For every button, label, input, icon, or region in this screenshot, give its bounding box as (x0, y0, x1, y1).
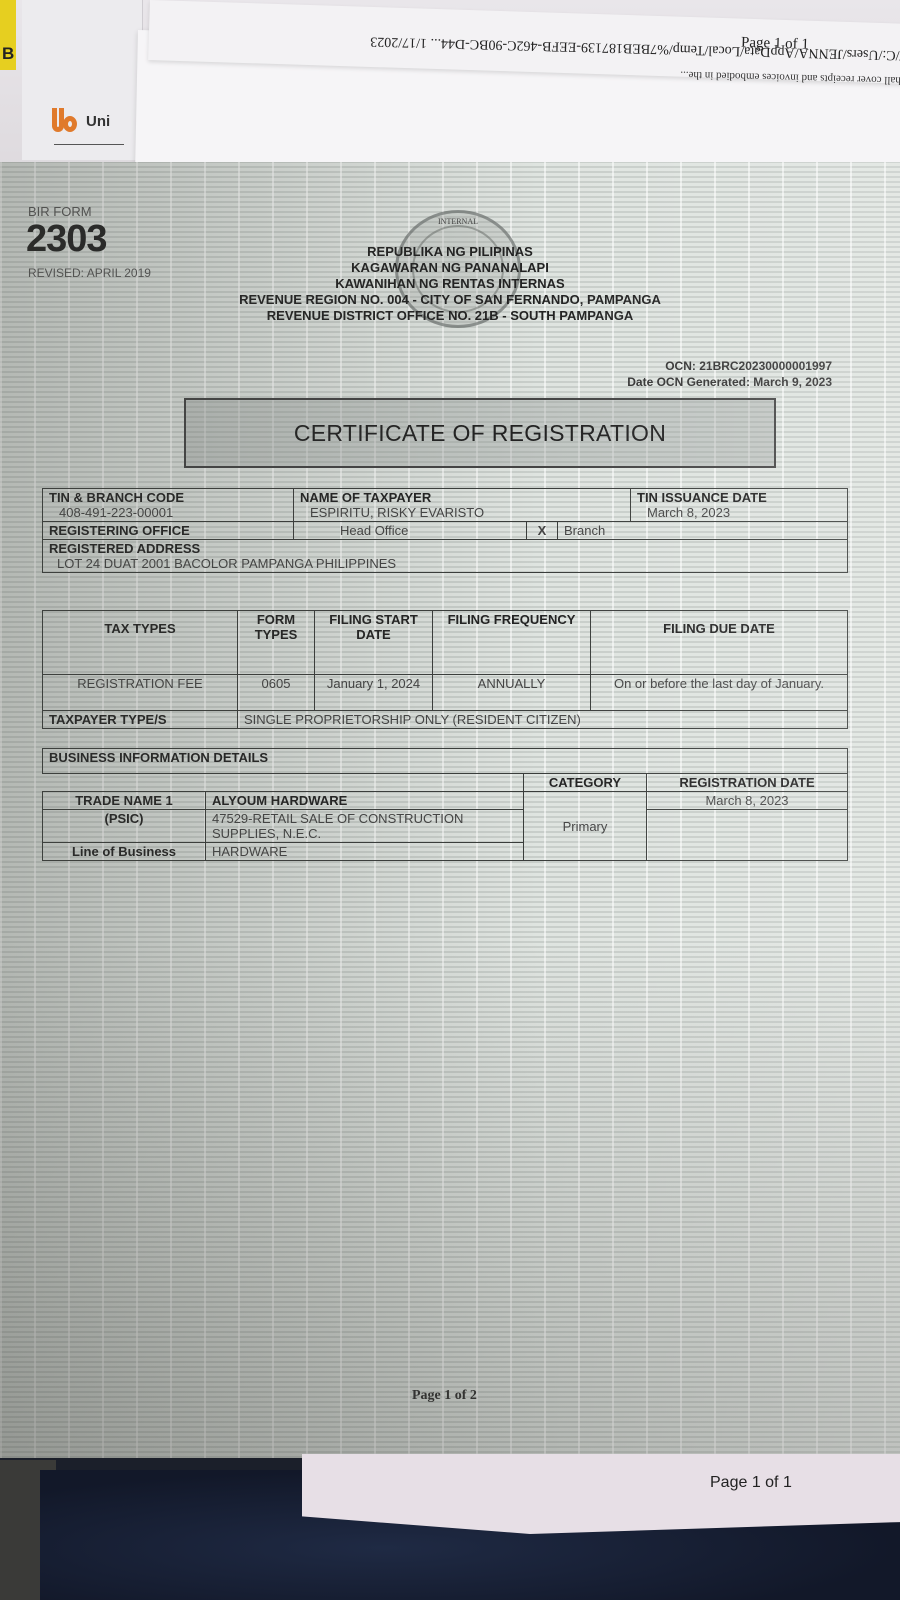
header-line: REVENUE DISTRICT OFFICE NO. 21B - SOUTH … (200, 308, 700, 324)
form-revision: REVISED: APRIL 2019 (28, 266, 151, 280)
category-label: CATEGORY (530, 775, 640, 790)
bottom-page-indicator: Page 1 of 1 (710, 1474, 792, 1492)
line-of-business-label: Line of Business (49, 844, 199, 859)
registered-address-label: REGISTERED ADDRESS (49, 541, 841, 556)
logo-text: Uni (86, 113, 110, 130)
branch-label: Branch (564, 523, 841, 538)
col-header-filing-frequency: FILING FREQUENCY (439, 612, 584, 627)
filing-start-cell: January 1, 2024 (321, 676, 426, 691)
col-header-form-types: FORM TYPES (244, 612, 308, 642)
tax-types-table: TAX TYPES FORM TYPES FILING START DATE F… (42, 610, 848, 729)
taxpayer-info-table: TIN & BRANCH CODE 408-491-223-00001 NAME… (42, 488, 848, 573)
logo-underline (54, 144, 124, 145)
table-row: REGISTRATION FEE 0605 January 1, 2024 AN… (43, 675, 848, 711)
line-of-business-value: HARDWARE (212, 844, 517, 859)
branch-checkbox-mark: X (533, 523, 551, 538)
category-value: Primary (530, 819, 640, 834)
col-header-filing-start: FILING START DATE (321, 612, 426, 642)
form-label: BIR FORM (28, 204, 92, 219)
psic-value: 47529-RETAIL SALE OF CONSTRUCTION SUPPLI… (212, 811, 517, 841)
psic-label: (PSIC) (49, 811, 199, 826)
taxpayer-name-value: ESPIRITU, RISKY EVARISTO (300, 505, 624, 520)
ocn-block: OCN: 21BRC20230000001997 Date OCN Genera… (627, 358, 832, 390)
taxpayer-type-value: SINGLE PROPRIETORSHIP ONLY (RESIDENT CIT… (244, 712, 841, 727)
tax-type-cell: REGISTRATION FEE (49, 676, 231, 691)
col-header-tax-types: TAX TYPES (49, 621, 231, 636)
bottom-paper-strip: Page 1 of 1 (302, 1454, 900, 1534)
header-line: KAWANIHAN NG RENTAS INTERNAS (200, 276, 700, 292)
yellow-folder-tab: B (0, 0, 16, 70)
form-type-cell: 0605 (244, 676, 308, 691)
tin-label: TIN & BRANCH CODE (49, 490, 287, 505)
taxpayer-name-label: NAME OF TAXPAYER (300, 490, 624, 505)
registering-office-value: Head Office (300, 523, 520, 538)
ocn-number: OCN: 21BRC20230000001997 (627, 358, 832, 374)
business-info-table: BUSINESS INFORMATION DETAILS CATEGORY RE… (42, 748, 848, 861)
registering-office-label: REGISTERING OFFICE (49, 523, 287, 538)
col-header-filing-due: FILING DUE DATE (597, 621, 841, 636)
side-card (22, 0, 143, 160)
filing-due-cell: On or before the last day of January. (597, 676, 841, 691)
header-line: KAGAWARAN NG PANANALAPI (200, 260, 700, 276)
folder-tab-letter: B (2, 44, 14, 64)
tin-issuance-value: March 8, 2023 (637, 505, 841, 520)
form-number: 2303 (26, 218, 107, 261)
certificate-title: CERTIFICATE OF REGISTRATION (294, 420, 666, 447)
unionbank-logo: Uni (52, 108, 110, 134)
taxpayer-type-label: TAXPAYER TYPE/S (49, 712, 231, 727)
tin-value: 408-491-223-00001 (49, 505, 287, 520)
certificate-title-box: CERTIFICATE OF REGISTRATION (184, 398, 776, 468)
registration-date-value: March 8, 2023 (653, 793, 841, 808)
header-line: REVENUE REGION NO. 004 - CITY OF SAN FER… (200, 292, 700, 308)
trade-name-label: TRADE NAME 1 (49, 793, 199, 808)
registration-date-label: REGISTRATION DATE (653, 775, 841, 790)
seal-text: INTERNAL (398, 217, 518, 226)
filing-frequency-cell: ANNUALLY (439, 676, 584, 691)
bir-form-2303: BIR FORM 2303 REVISED: APRIL 2019 INTERN… (0, 162, 900, 1458)
business-section-label: BUSINESS INFORMATION DETAILS (49, 750, 841, 765)
ub-logo-icon (52, 108, 82, 134)
trade-name-value: ALYOUM HARDWARE (212, 793, 517, 808)
form-page-indicator: Page 1 of 2 (412, 1388, 477, 1404)
tin-issuance-label: TIN ISSUANCE DATE (637, 490, 841, 505)
header-line: REPUBLIKA NG PILIPINAS (200, 244, 700, 260)
ocn-date: Date OCN Generated: March 9, 2023 (627, 374, 832, 390)
registered-address-value: LOT 24 DUAT 2001 BACOLOR PAMPANGA PHILIP… (49, 556, 841, 571)
agency-header: REPUBLIKA NG PILIPINAS KAGAWARAN NG PANA… (200, 244, 700, 324)
